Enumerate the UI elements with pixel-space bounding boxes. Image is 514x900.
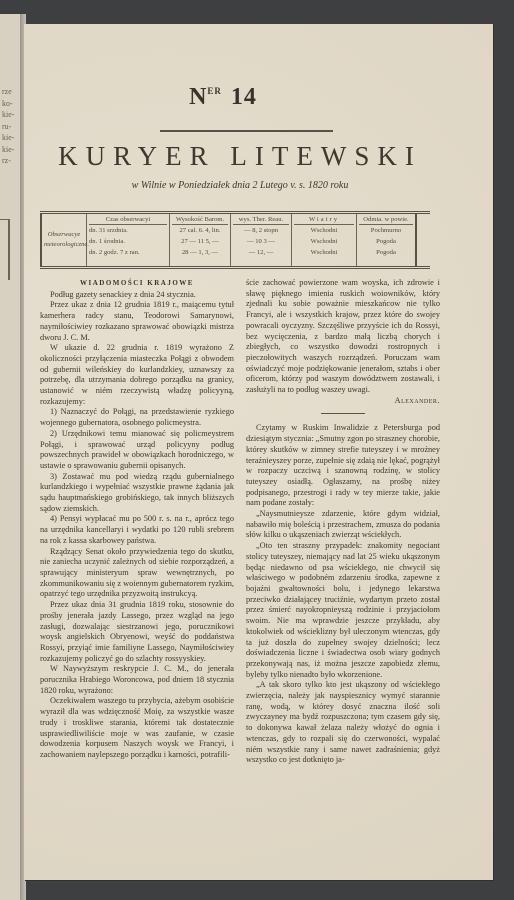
paragraph: Podług gazety senackiey z dnia 24 styczn… (40, 290, 234, 301)
previous-page-edge: rze ko- kie- ru- kie- kie- rz- (0, 14, 21, 900)
prev-fragment: ko- (2, 98, 14, 110)
cell: dn. 31 srzdnia. (89, 225, 167, 236)
paragraph: 4) Pensyi wypłacać mu po 500 r. s. na r.… (40, 514, 234, 546)
cell: 28 — 1, 3, — (172, 247, 228, 258)
issue-sup: ER (207, 86, 222, 96)
cell: Pochmurno (359, 225, 413, 236)
col-header: Wysokość Barom. (172, 215, 228, 225)
paragraph: Czytamy w Ruskim Inwalidzie z Petersburg… (246, 423, 440, 509)
cell: 27 cal. 6. 4, lin. (172, 225, 228, 236)
previous-page-text: rze ko- kie- ru- kie- kie- rz- (2, 86, 14, 167)
title-rule (160, 130, 333, 132)
separator-rule (321, 413, 365, 414)
article-columns: WIADOMOŚCI KRAJOWE Podług gazety senacki… (40, 278, 440, 766)
issue-number: NER 14 (168, 84, 278, 111)
cell: Pogoda (359, 236, 413, 247)
cell: dn. 2 godz. 7 z ran. (89, 247, 167, 258)
section-title: WIADOMOŚCI KRAJOWE (40, 278, 234, 289)
cell: — 10 3 — (233, 236, 289, 247)
cell: — 8, 2 stopn (233, 225, 289, 236)
cell: Wschodni (294, 247, 354, 258)
cell: dn. 1 środnia. (89, 236, 167, 247)
paragraph: „Oto ten straszny przypadek: znakomity n… (246, 541, 440, 680)
paragraph: „Naysmutnieysze zdarzenie, które gdym wi… (246, 509, 440, 541)
paragraph: „A tak skoro tylko kto jest ukąszony od … (246, 680, 440, 766)
weather-label: Obserwacye meteorologiczne. (40, 214, 87, 266)
cell: — 12, — (233, 247, 289, 258)
paragraph: ście zachować powierzone wam woyska, ich… (246, 278, 440, 396)
paragraph: 2) Urzędnikowi temu mianować się policme… (40, 429, 234, 472)
paragraph: W Naywyższym reskrypcie J. C. M., do jen… (40, 664, 234, 696)
col-header: Wiatry (294, 215, 354, 225)
prev-fragment: rze (2, 86, 14, 98)
weather-col-conditions: Odmia. w powie. Pochmurno Pogoda Pogoda (357, 214, 417, 266)
paragraph: W ukazie d. 22 grudnia r. 1819 wyrażono … (40, 343, 234, 407)
dateline: w Wilnie w Poniedziałek dnia 2 Lutego v.… (40, 180, 440, 191)
weather-col-barometer: Wysokość Barom. 27 cal. 6. 4, lin. 27 — … (170, 214, 231, 266)
prev-fragment: rz- (2, 155, 14, 167)
paragraph: Przez ukaz z dnia 12 grudnia 1819 r., ma… (40, 300, 234, 343)
paragraph: 3) Zostawać mu pod wiedzą rządu gubernia… (40, 472, 234, 515)
issue-prefix: N (189, 84, 207, 110)
paragraph: 1) Naznaczyć do Połągi, na przedstawieni… (40, 407, 234, 428)
cell: Wschodni (294, 236, 354, 247)
col-header: Czas obserwacyi (89, 215, 167, 225)
cell: Pogoda (359, 247, 413, 258)
weather-observations-table: Obserwacye meteorologiczne. Czas obserwa… (40, 211, 430, 269)
prev-fragment: kie- (2, 144, 14, 156)
col-header: wys. Ther. Reau. (233, 215, 289, 225)
paragraph: Oczekiwałem waszego tu przybycia, ażebym… (40, 696, 234, 760)
signature: Alexander. (395, 396, 440, 405)
previous-page-table-edge (0, 219, 10, 280)
prev-fragment: kie- (2, 109, 14, 121)
weather-col-thermometer: wys. Ther. Reau. — 8, 2 stopn — 10 3 — —… (231, 214, 292, 266)
col-header: Odmia. w powie. (359, 215, 413, 225)
paragraph: Przez ukaz dnia 31 grudnia 1819 roku, st… (40, 600, 234, 664)
paragraph: Rządzący Senat około przywiedzenia tego … (40, 547, 234, 601)
weather-col-winds: Wiatry Wschodni Wschodni Wschodni (292, 214, 357, 266)
prev-fragment: ru- (2, 121, 14, 133)
issue-number-value: 14 (231, 84, 257, 110)
right-column: ście zachować powierzone wam woyska, ich… (246, 278, 440, 766)
signature-line: Alexander. (246, 396, 440, 407)
prev-fragment: kie- (2, 132, 14, 144)
weather-col-time: Czas obserwacyi dn. 31 srzdnia. dn. 1 śr… (87, 214, 170, 266)
left-column: WIADOMOŚCI KRAJOWE Podług gazety senacki… (40, 278, 234, 766)
cell: Wschodni (294, 225, 354, 236)
cell: 27 — 11 5, — (172, 236, 228, 247)
masthead-title: KURYER LITEWSKI (40, 141, 440, 172)
